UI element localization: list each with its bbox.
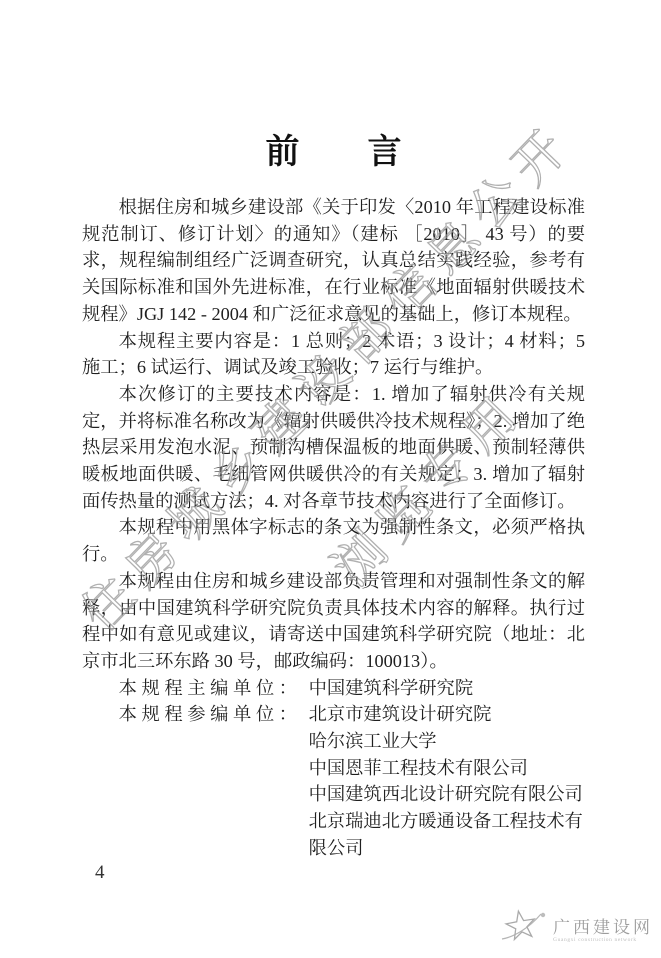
chief-editor-row: 本规程主编单位： 中国建筑科学研究院 [82, 675, 585, 702]
paragraph-contents: 本规程主要内容是：1 总则；2 术语；3 设计；4 材料；5 施工；6 试运行、… [82, 328, 585, 381]
participant-org: 中国恩菲工程技术有限公司 [309, 755, 585, 782]
paragraph-basis: 根据住房和城乡建设部《关于印发〈2010 年工程建设标准规范制订、修订计划〉的通… [82, 194, 585, 328]
logo-site-name: 广西建设网 [553, 918, 653, 937]
participant-org: 中国建筑西北设计研究院有限公司 [309, 781, 585, 808]
chief-editor-label: 本规程主编单位： [119, 675, 309, 702]
participant-editor-orgs: 北京市建筑设计研究院 哈尔滨工业大学 中国恩菲工程技术有限公司 中国建筑西北设计… [309, 701, 585, 861]
logo-text-block: 广西建设网 Guangxi construction network [553, 918, 653, 944]
page-number: 4 [95, 862, 105, 884]
participant-org: 北京市建筑设计研究院 [309, 701, 585, 728]
participant-org: 哈尔滨工业大学 [309, 728, 585, 755]
logo-tagline: Guangxi construction network [553, 937, 653, 944]
document-body: 根据住房和城乡建设部《关于印发〈2010 年工程建设标准规范制订、修订计划〉的通… [82, 194, 585, 862]
chief-editor-org: 中国建筑科学研究院 [309, 675, 585, 702]
paragraph-administration: 本规程由住房和城乡建设部负责管理和对强制性条文的解释，由中国建筑科学研究院负责具… [82, 568, 585, 675]
paragraph-revisions: 本次修订的主要技术内容是：1. 增加了辐射供冷有关规定，并将标准名称改为《辐射供… [82, 381, 585, 515]
participant-editor-row: 本规程参编单位： 北京市建筑设计研究院 哈尔滨工业大学 中国恩菲工程技术有限公司… [82, 701, 585, 861]
participant-editor-label: 本规程参编单位： [119, 701, 309, 861]
star-logo-icon [499, 908, 549, 953]
participant-org: 北京瑞迪北方暖通设备工程技术有限公司 [309, 808, 585, 861]
chief-editor-orgs: 中国建筑科学研究院 [309, 675, 585, 702]
paragraph-mandatory-clauses: 本规程中用黑体字标志的条文为强制性条文，必须严格执行。 [82, 514, 585, 567]
document-page: 住房城乡建设部信息公开 浏览专用 前 言 根据住房和城乡建设部《关于印发〈201… [0, 0, 661, 958]
site-logo: 广西建设网 Guangxi construction network [499, 908, 653, 953]
page-title: 前 言 [82, 124, 585, 173]
